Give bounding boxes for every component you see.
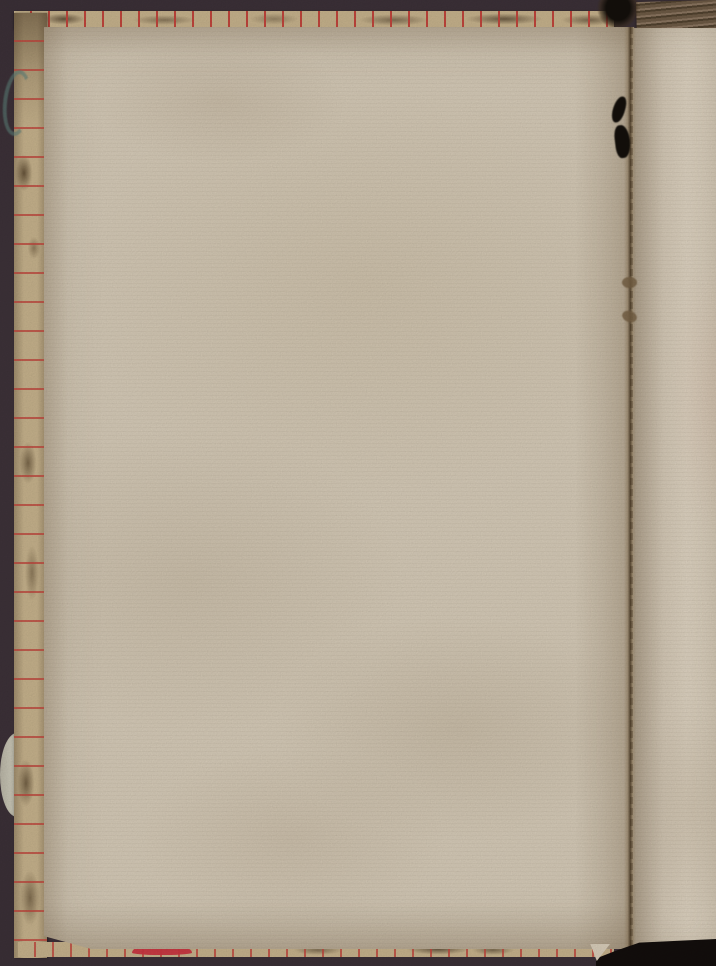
text-block-head-edge [636,0,716,32]
book-scan [0,0,716,966]
facing-page-edge [634,28,716,949]
binding-strip-top [14,11,614,29]
binding-strip-left [14,13,47,958]
stitch-knot [621,309,639,324]
binding-gutter [624,27,636,949]
stitch-knot [622,277,637,288]
blank-page [44,27,634,949]
